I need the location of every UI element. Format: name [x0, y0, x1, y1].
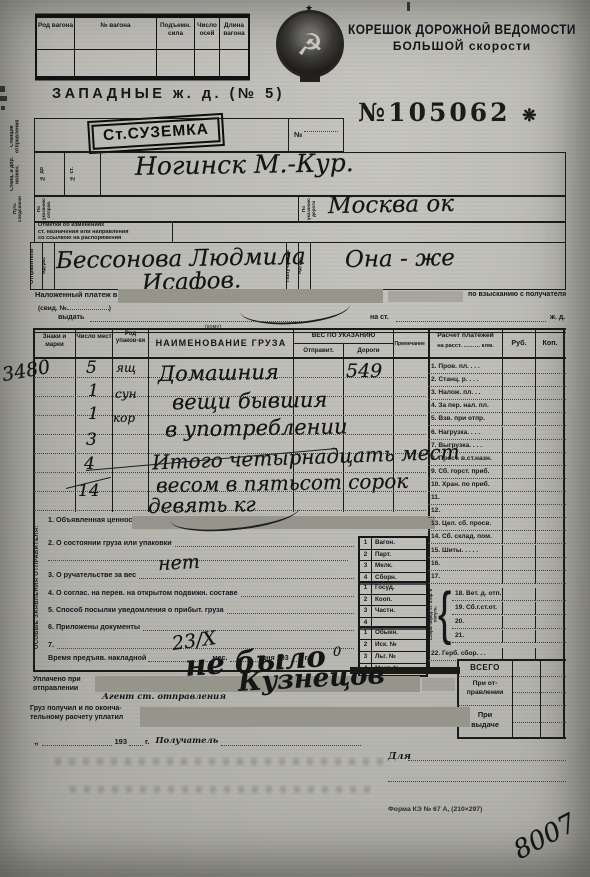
payment-kop-cell — [535, 518, 566, 531]
wagon-axles-header: Число осей — [195, 18, 220, 50]
paid-shaded-bar-light — [422, 678, 455, 691]
payment-item-label: 7. Выгрузка. . . . — [428, 440, 502, 453]
owner-type-group: 1Госуд. 2Кооп. 3Частн. 4 — [358, 581, 428, 630]
cod-issue-label: выдать — [58, 314, 84, 321]
payment-item-label: 2. Станц. р. . . . — [428, 374, 502, 387]
asterisk-mark: ❋ — [522, 106, 539, 126]
box-divider-line — [100, 152, 101, 196]
form-number-note: Форма КЭ № 67 А, (210×297) — [388, 806, 482, 813]
emblem-ribbon — [300, 73, 320, 82]
received-line2: тельному расчету уплатил — [30, 713, 123, 722]
cod-shaded-bar-light — [388, 291, 463, 302]
year-digit-handwritten: 0 — [333, 645, 341, 660]
wagon-table-empty-row — [37, 50, 248, 76]
wagon-table-header-row: Род вагона № вагона Подъемн. сила Число … — [37, 18, 248, 50]
scan-speck — [407, 2, 410, 11]
payment-rub-cell — [502, 545, 535, 558]
payment-kop-cell — [535, 588, 566, 601]
payment-rub-cell — [502, 453, 535, 466]
col-places-header: Число мест — [76, 333, 112, 341]
category-number: 2 — [360, 595, 372, 606]
box-divider-line — [298, 196, 299, 222]
waybill-time-label: Время предъяв. накладной — [48, 653, 146, 662]
open-quote: „ — [34, 736, 39, 746]
dotted-leader — [304, 131, 338, 132]
changes-note-label: Отметки об изменениях ст. назначения или… — [38, 222, 170, 242]
wagon-number-header: № вагона — [75, 18, 157, 50]
declarations-section-label: ОСОБЫЕ ЗАЯВЛЕНИЯ ОТПРАВИТЕЛЯ: — [34, 513, 45, 661]
route-label: Путь следования — [12, 196, 30, 222]
category-label: Мелк. — [372, 561, 393, 572]
col-name-header: НАИМЕНОВАНИЕ ГРУЗА — [149, 338, 293, 348]
box-divider-line — [310, 242, 311, 290]
payment-item-label: 10. Хран. по приб. — [428, 479, 502, 492]
category-row: 1Обыкн. — [360, 628, 426, 640]
payment-rub-cell — [502, 361, 535, 374]
declaration-item-label: 7. — [48, 640, 54, 649]
payment-item-label: 6. Нагрузка. . . . — [428, 427, 502, 440]
declaration-item-5: 5. Способ посылки уведомления о прибыт. … — [48, 605, 354, 614]
payments-header-line2: на расст. ……… клм. — [429, 343, 502, 349]
payment-kop-cell — [535, 374, 566, 387]
col-weight-group-header: ВЕС ПО УКАЗАНИЮ — [294, 332, 393, 339]
wagon-type-header: Род вагона — [37, 18, 75, 50]
payment-row: 9. Сб. горст. приб. — [428, 466, 566, 479]
packing-value: сун — [115, 387, 137, 401]
destination-station-label: Станц. и дор. назнач. — [10, 152, 32, 196]
dotted-leader — [388, 781, 566, 782]
wagon-length-header: Длина вагона — [220, 18, 248, 50]
document-title-line2: БОЛЬШОЙ скорости — [372, 39, 552, 53]
weight-road-handwritten: 549 — [346, 360, 382, 382]
sender-address-label: Ад-рес — [42, 243, 54, 289]
col-weight-sender-header: Отправит. — [294, 347, 343, 354]
payment-rub-cell — [502, 492, 535, 505]
payment-row: 15. Шиты. . . . . — [428, 545, 566, 558]
dotted-leader — [408, 760, 566, 761]
ink-bleedthrough — [70, 786, 370, 793]
dotted-leader — [221, 737, 361, 746]
ink-bleedthrough — [55, 758, 385, 765]
category-number: 3 — [360, 561, 372, 572]
at-dispatch-label: При от- правлении — [459, 680, 511, 698]
category-number: 2 — [360, 550, 372, 561]
payment-rub-cell — [502, 571, 535, 584]
packing-value: ящ — [116, 361, 136, 375]
dotted-leader — [67, 301, 109, 310]
payment-rub-cell — [502, 630, 535, 643]
box-divider-line — [288, 118, 289, 152]
goods-name-line: Домашния — [158, 360, 279, 386]
corner-number-handwritten: 8007 — [509, 808, 582, 866]
payment-row: 2. Станц. р. . . . — [428, 374, 566, 387]
route-by-sender-label: По указанию отправ. — [36, 197, 52, 221]
category-row: 2Иск. № — [360, 640, 426, 652]
declaration-item-label: 1. Объявленная ценность — [48, 515, 140, 524]
places-value: 5 — [86, 358, 97, 378]
payment-row: 8. Прост. в.ст.назн. — [428, 453, 566, 466]
empty-cell — [220, 50, 248, 76]
payment-row: 19. Сб.г.ст.от. — [452, 602, 566, 615]
payment-kop-cell — [535, 466, 566, 479]
payment-rub-cell — [502, 466, 535, 479]
at-dispatch-line1: При от- — [459, 680, 511, 689]
payment-rub-cell — [502, 588, 535, 601]
document-title-line1: КОРЕШОК ДОРОЖНОЙ ВЕДОМОСТИ — [348, 22, 570, 37]
payment-kop-cell — [535, 440, 566, 453]
payment-item-label: 15. Шиты. . . . . — [428, 545, 502, 558]
receiver-handwritten: Она - же — [345, 245, 455, 273]
paid-at-dispatch-label: Уплачено при отправлении — [33, 675, 81, 693]
empty-cell — [75, 50, 157, 76]
received-line1: Груз получил и по оконча- — [30, 704, 123, 713]
payment-item-label: 8. Прост. в.ст.назн. — [428, 453, 502, 466]
scan-speck — [0, 86, 5, 92]
payment-rub-cell — [502, 602, 535, 615]
payment-kop-cell — [535, 413, 566, 426]
payment-row: 18. Вет. д. отп. — [452, 588, 566, 601]
dotted-leader — [90, 321, 302, 322]
no-to-label: № до — [40, 156, 54, 192]
payment-item-label: 11. — [428, 492, 502, 505]
category-label: Частн. — [372, 606, 395, 617]
cod-cert-label: (свид. №) — [38, 301, 111, 312]
declaration-item-label: 2. О состоянии груза или упаковки — [48, 538, 172, 547]
receiver-signature-row: „ 193 г. Получатель — [34, 736, 361, 746]
category-number: 1 — [360, 628, 372, 639]
payment-item-label: 3. Налож. пл. . . — [428, 387, 502, 400]
category-row: 2Парт. — [360, 550, 426, 562]
col-marks-header: Знаки и марки — [34, 333, 75, 349]
hammer-and-sickle-icon: ☭ — [297, 28, 324, 63]
receiver-sign-label: Получатель — [155, 736, 218, 746]
places-value: 3 — [86, 430, 97, 450]
payment-rub-cell — [502, 531, 535, 544]
packing-value: кор — [113, 411, 135, 425]
payment-item-label: 16. — [428, 558, 502, 571]
payment-row: 3. Налож. пл. . . — [428, 387, 566, 400]
payment-row: 10. Хран. по приб. — [428, 479, 566, 492]
cargo-received-label: Груз получил и по оконча- тельному расче… — [30, 704, 123, 722]
payment-rub-cell — [502, 427, 535, 440]
payment-kop-cell — [535, 492, 566, 505]
paid-line2: отправлении — [33, 684, 81, 693]
payment-row: 12. — [428, 505, 566, 518]
no-st-label: № ст. — [70, 156, 84, 192]
paid-line1: Уплачено при — [33, 675, 81, 684]
category-label: Госуд. — [372, 583, 395, 594]
payment-rub-cell — [502, 505, 535, 518]
departure-station-label: Станция отправления — [10, 118, 32, 154]
route-handwritten: Москва ок — [328, 191, 454, 219]
payment-kop-cell — [535, 453, 566, 466]
declaration-item-label: 3. О ручательстве за вес — [48, 570, 136, 579]
declaration-item-3: 3. О ручательстве за вес — [48, 570, 354, 579]
payment-rub-cell — [502, 479, 535, 492]
payment-item-label: 20. — [452, 616, 502, 629]
kop-column-header: Коп. — [536, 338, 564, 347]
category-row: 3Мелк. — [360, 561, 426, 573]
payment-row: 16. — [428, 558, 566, 571]
dotted-leader — [129, 737, 143, 746]
payment-row: 1. Пров. пл. . . . — [428, 361, 566, 374]
scan-speck — [1, 106, 5, 110]
empty-cell — [157, 50, 195, 76]
col-packing-header: Род упаков-ки — [113, 331, 148, 345]
places-value: 1 — [88, 381, 99, 401]
payment-row: 21. — [452, 630, 566, 643]
wagon-no-label: № — [294, 130, 302, 139]
category-label: Парт. — [372, 550, 391, 561]
weight-guarantee-handwritten: нет — [157, 551, 200, 575]
payment-row: 11. — [428, 492, 566, 505]
category-row: 2Кооп. — [360, 595, 426, 607]
document-number-value: №105062 — [358, 98, 511, 127]
dotted-leader — [143, 622, 354, 631]
empty-cell — [37, 50, 75, 76]
payment-item-label: 1. Пров. пл. . . . — [428, 361, 502, 374]
dotted-leader — [42, 737, 112, 746]
dotted-leader — [227, 605, 354, 614]
ussr-coat-of-arms: ★ ☭ — [276, 6, 344, 82]
goods-name-line: вещи бывшия — [172, 388, 328, 415]
payment-kop-cell — [535, 505, 566, 518]
payment-kop-cell — [535, 427, 566, 440]
payment-kop-cell — [535, 558, 566, 571]
category-row: 1Вагон. — [360, 538, 426, 550]
changes-note-line2: ст. назначения или направления — [38, 229, 170, 236]
payment-item-label: 5. Взв. при отпр. — [428, 413, 502, 426]
emblem-globe: ☭ — [276, 10, 344, 78]
payment-kop-cell — [535, 602, 566, 615]
year-suffix: г. — [145, 737, 149, 746]
cod-station-label: на ст. — [370, 314, 389, 321]
payment-row: 7. Выгрузка. . . . — [428, 440, 566, 453]
at-dispatch-line2: правлении — [459, 689, 511, 698]
payment-kop-cell — [535, 571, 566, 584]
row-separator — [457, 676, 566, 677]
dotted-leader — [175, 538, 354, 547]
railway-name: ЗАПАДНЫЕ ж. д. (№ 5) — [52, 86, 285, 102]
document-number: №105062 ❋ — [358, 98, 540, 127]
wagon-capacity-header: Подъемн. сила — [157, 18, 195, 50]
cod-cert-close: ) — [109, 305, 111, 312]
category-label: Иск. № — [372, 640, 397, 651]
declaration-item-2: 2. О состоянии груза или упаковки — [48, 538, 354, 547]
route-box — [34, 196, 566, 222]
payment-kop-cell — [535, 361, 566, 374]
payment-kop-cell — [535, 616, 566, 629]
row-separator — [513, 722, 566, 723]
total-label: ВСЕГО — [459, 663, 511, 672]
payment-item-label: 9. Сб. горст. приб. — [428, 466, 502, 479]
category-row: 1Госуд. — [360, 583, 426, 595]
payment-row: 6. Нагрузка. . . . — [428, 427, 566, 440]
year-prefix: 193 — [115, 737, 128, 746]
received-shaded-bar — [140, 707, 470, 727]
row-separator — [457, 705, 566, 706]
payment-rub-cell — [502, 387, 535, 400]
category-label: Обыкн. — [372, 628, 398, 639]
declaration-item-label: 5. Способ посылки уведомления о прибыт. … — [48, 605, 224, 614]
payment-row: 20. — [452, 616, 566, 629]
destination-handwritten: Ногинск М.-Кур. — [135, 148, 354, 181]
payment-item-label: 19. Сб.г.ст.от. — [452, 602, 502, 615]
sender-label: Отправитель — [30, 243, 42, 289]
column-line — [540, 661, 541, 738]
payment-item-label: 12. — [428, 505, 502, 518]
cod-collect-label: по взысканию с получателя — [468, 291, 566, 298]
rub-column-header: Руб. — [503, 338, 535, 347]
payment-row: 14. Сб. склад. пом. — [428, 531, 566, 544]
box-divider-line — [64, 152, 65, 196]
category-row: 3Частн. — [360, 606, 426, 618]
agent-label: Агент ст. отправления — [102, 692, 226, 702]
empty-cell — [195, 50, 220, 76]
col-note-header: Примечание — [394, 341, 425, 347]
payment-rub-cell — [502, 558, 535, 571]
places-value: 1 — [88, 404, 99, 424]
cod-railway-label: ж. д. — [550, 314, 565, 321]
railway-waybill-stub-document: Род вагона № вагона Подъемн. сила Число … — [0, 0, 590, 877]
curly-brace: { — [438, 582, 451, 647]
payment-item-label: 21. — [452, 630, 502, 643]
row-separator — [513, 692, 566, 693]
payment-row: 5. Взв. при отпр. — [428, 413, 566, 426]
scan-speck — [0, 96, 7, 101]
payment-rub-cell — [502, 374, 535, 387]
payment-kop-cell — [535, 400, 566, 413]
declaration-item-4: 4. О соглас. на перев. на открытом подви… — [48, 588, 354, 597]
payment-rub-cell — [502, 440, 535, 453]
payment-kop-cell — [535, 479, 566, 492]
goods-name-line: в употреблении — [165, 414, 348, 441]
payment-item-label: 4. За пер. нал. пл. — [428, 400, 502, 413]
payment-rub-cell — [502, 400, 535, 413]
category-number: 1 — [360, 583, 372, 594]
payment-rub-cell — [502, 616, 535, 629]
marks-handwritten: 3480 — [0, 356, 51, 386]
payment-row: 4. За пер. нал. пл. — [428, 400, 566, 413]
payment-kop-cell — [535, 630, 566, 643]
payment-item-label: 18. Вет. д. отп. — [452, 588, 502, 601]
table-border-line — [457, 737, 566, 739]
payment-rub-cell — [502, 413, 535, 426]
column-line — [512, 661, 513, 738]
column-line — [148, 330, 149, 512]
dotted-leader — [396, 321, 546, 322]
route-by-road-label: По указанию дороги — [301, 197, 317, 221]
category-number: 2 — [360, 640, 372, 651]
category-number: 3 — [360, 606, 372, 617]
payment-item-label: 14. Сб. склад. пом. — [428, 531, 502, 544]
declaration-item-label: 6. Приложены документы — [48, 622, 140, 631]
payment-kop-cell — [535, 387, 566, 400]
payment-kop-cell — [535, 545, 566, 558]
box-divider-line — [172, 222, 173, 243]
payments-header-line1: Расчет платежей — [429, 332, 502, 339]
shipment-type-group: 1Вагон. 2Парт. 3Мелк. 4Сборн. — [358, 536, 428, 585]
dotted-leader — [241, 588, 354, 597]
category-number: 1 — [360, 538, 372, 549]
payment-rub-cell — [502, 518, 535, 531]
category-label: Кооп. — [372, 595, 392, 606]
cod-cert-open: (свид. № — [38, 305, 67, 312]
changes-note-line1: Отметки об изменениях — [38, 222, 170, 229]
station-fees-group-label: Сборы опред. ст. отпр. и попутн. — [429, 586, 438, 642]
category-label: Вагон. — [372, 538, 395, 549]
agent-signature-handwritten: Кузнецов — [237, 660, 385, 698]
wagon-data-table: Род вагона № вагона Подъемн. сила Число … — [35, 16, 250, 78]
col-weight-road-header: Дороги — [344, 347, 393, 354]
payment-kop-cell — [535, 531, 566, 544]
declaration-item-label: 4. О соглас. на перев. на открытом подви… — [48, 588, 238, 597]
column-line — [293, 343, 393, 344]
goods-name-line: Итого четырнадцать мест — [152, 440, 460, 475]
payment-item-label: 13. Цел. сб. просв. — [428, 518, 502, 531]
payment-row: 13. Цел. сб. просв. — [428, 518, 566, 531]
